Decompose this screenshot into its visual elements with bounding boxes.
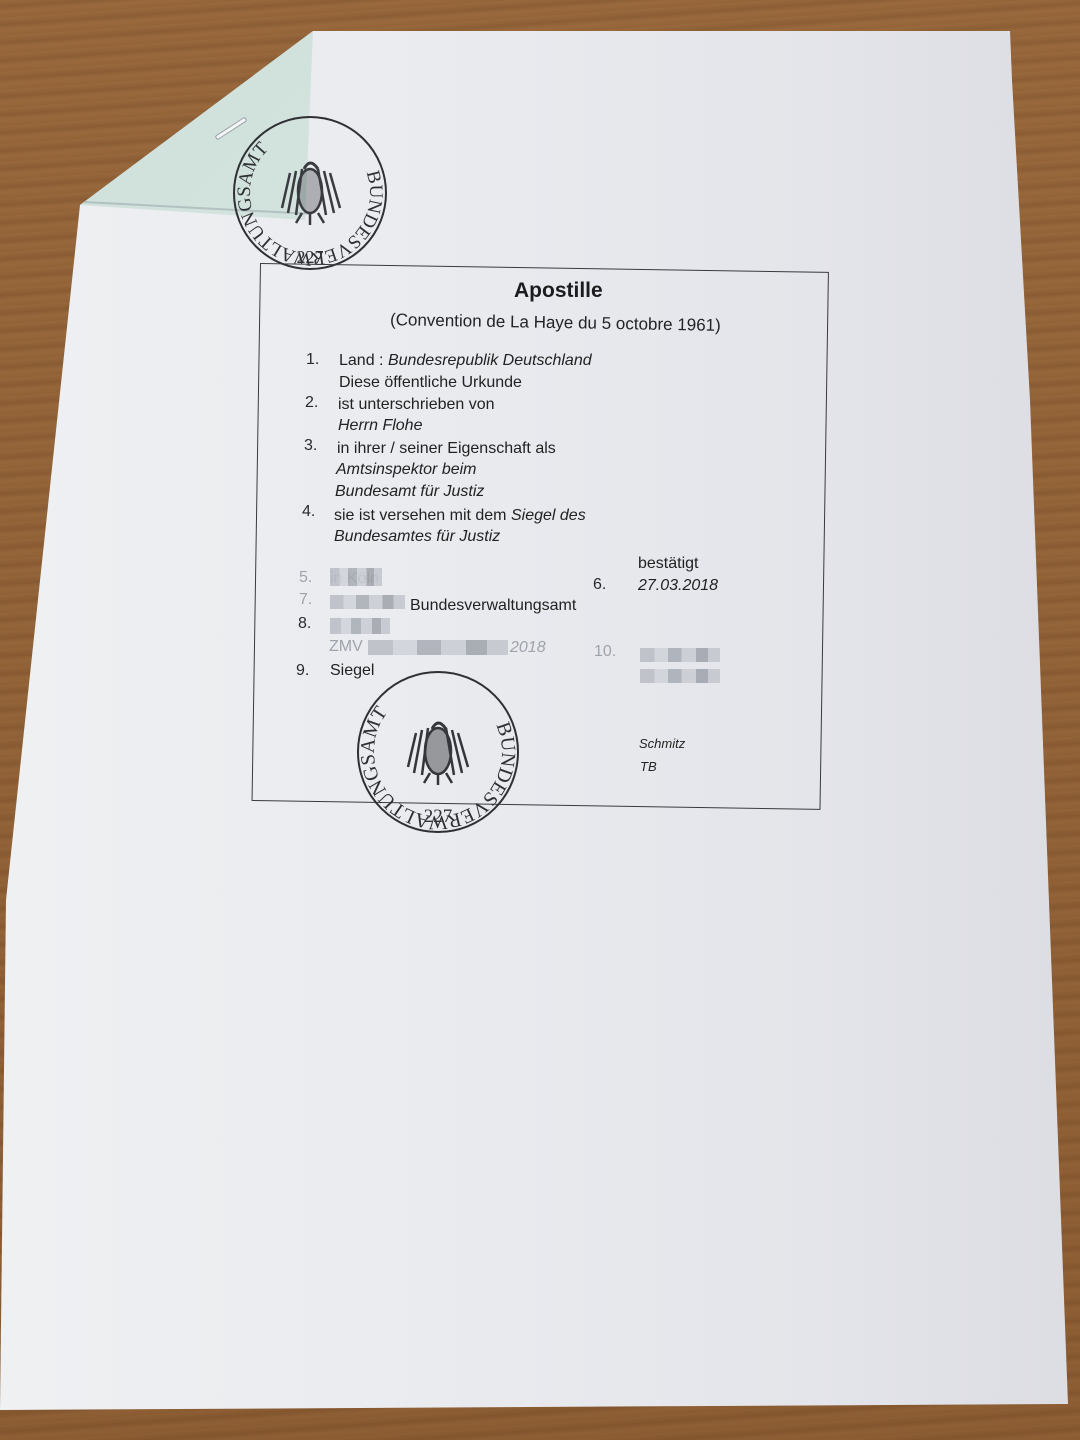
seal-authority: Bundesamtes für Justiz [334,528,500,545]
item-1-value: Bundesrepublik Deutschland [388,352,592,369]
item-4-number: 4. [302,503,315,521]
capacity-line-1: Amtsinspektor beim [336,461,477,478]
capacity-line-2: Bundesamt für Justiz [335,483,484,500]
item-8-year: 2018 [510,639,546,656]
item-3-value-line-2: Bundesamt für Justiz [335,483,484,501]
document-title: Apostille [514,279,603,303]
redaction-item-5 [330,568,382,586]
signatory-name: Herrn Flohe [338,417,422,434]
signer-role: TB [640,759,657,774]
redaction-item-8-line-1 [330,618,390,634]
item-5-number: 5. [299,569,312,587]
redaction-item-10-line-2 [640,669,720,683]
item-2-value: Herrn Flohe [338,417,422,435]
item-4-label-italic: Siegel des [511,507,586,524]
signature-role: TB [640,759,657,774]
item-7-value: Bundesverwaltungsamt [410,597,576,615]
seal-stamp-bottom: BUNDESVERWALTUNGSAMT 227 [352,667,524,837]
signer-name: Schmitz [639,736,685,751]
item-9-number: 9. [296,662,309,680]
item-3-label: in ihrer / seiner Eigenschaft als [337,440,556,458]
item-8-prefix: ZMV [329,638,363,656]
seal-stamp-top: BUNDESVERWALTUNGSAMT 227 [230,113,390,273]
seal-number: 227 [424,806,453,827]
item-8-number: 8. [298,615,311,633]
item-4-label: sie ist versehen mit dem [334,507,507,524]
item-2-number: 2. [305,394,318,412]
eagle-icon [282,163,340,225]
confirmation-date: 27.03.2018 [638,577,718,594]
item-4-text: sie ist versehen mit dem Siegel des [334,507,586,525]
item-6-number: 6. [593,576,606,594]
item-6-date: 27.03.2018 [638,577,718,595]
item-3-value-line-1: Amtsinspektor beim [336,461,477,479]
item-1-continuation: Diese öffentliche Urkunde [339,374,522,392]
confirmed-label: bestätigt [638,555,698,573]
item-3-number: 3. [304,437,317,455]
item-1-number: 1. [306,351,319,369]
redaction-item-8-line-2 [368,640,508,655]
item-7-number: 7. [299,591,312,609]
redaction-item-7 [330,595,405,609]
signature-name: Schmitz [639,736,685,751]
eagle-icon [408,723,468,785]
item-1-label: Land : [339,352,383,369]
item-10-number: 10. [594,643,616,661]
item-2-label: ist unterschrieben von [338,396,495,414]
item-8-suffix: 2018 [510,639,546,657]
item-4-value: Bundesamtes für Justiz [334,528,500,546]
redaction-item-10-line-1 [640,648,720,662]
item-1-text: Land : Bundesrepublik Deutschland [339,352,592,370]
